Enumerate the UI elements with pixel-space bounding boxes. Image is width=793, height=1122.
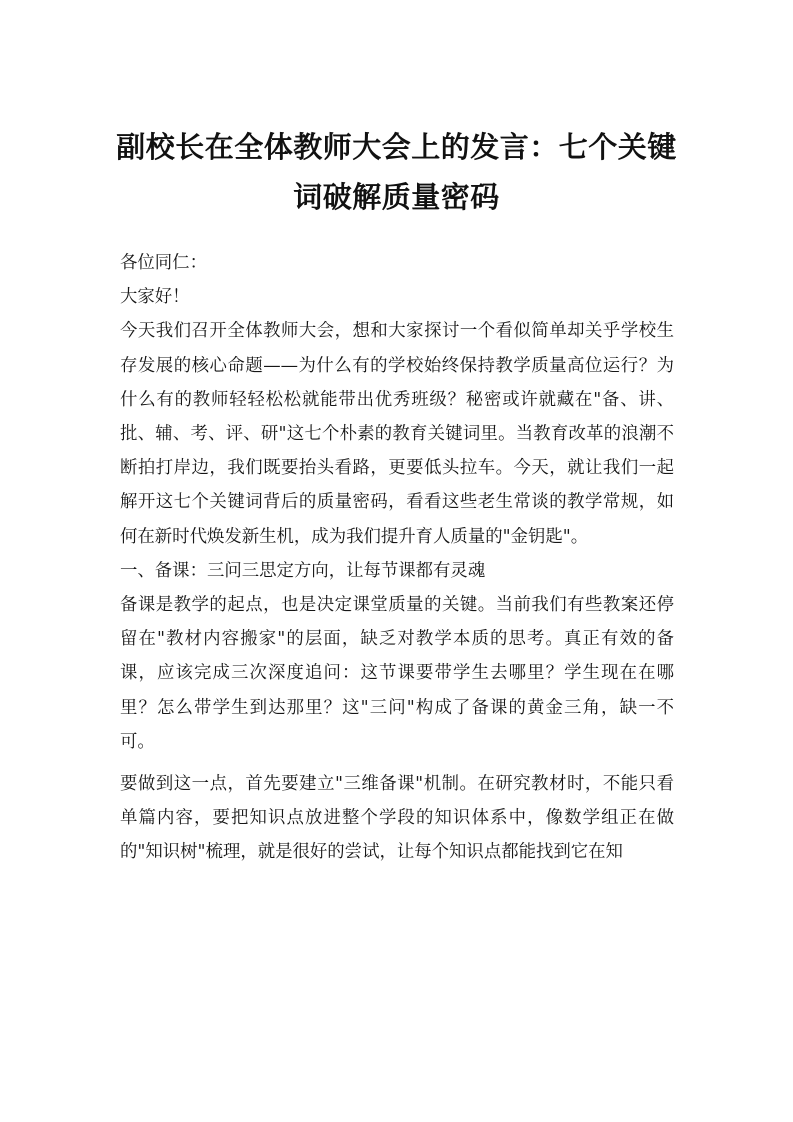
document-title: 副校长在全体教师大会上的发言：七个关键词破解质量密码 bbox=[110, 122, 683, 222]
salutation: 各位同仁： bbox=[120, 246, 674, 280]
intro-paragraph: 今天我们召开全体教师大会，想和大家探讨一个看似简单却关乎学校生存发展的核心命题—… bbox=[120, 314, 674, 553]
section-paragraph: 要做到这一点，首先要建立"三维备课"机制。在研究教材时，不能只看单篇内容，要把知… bbox=[120, 767, 674, 870]
document-page: 副校长在全体教师大会上的发言：七个关键词破解质量密码 各位同仁： 大家好！ 今天… bbox=[0, 0, 793, 1122]
document-body: 各位同仁： 大家好！ 今天我们召开全体教师大会，想和大家探讨一个看似简单却关乎学… bbox=[120, 246, 674, 870]
section-heading: 一、备课：三问三思定方向，让每节课都有灵魂 bbox=[120, 554, 674, 588]
greeting: 大家好！ bbox=[120, 280, 674, 314]
section-paragraph: 备课是教学的起点，也是决定课堂质量的关键。当前我们有些教案还停留在"教材内容搬家… bbox=[120, 588, 674, 759]
